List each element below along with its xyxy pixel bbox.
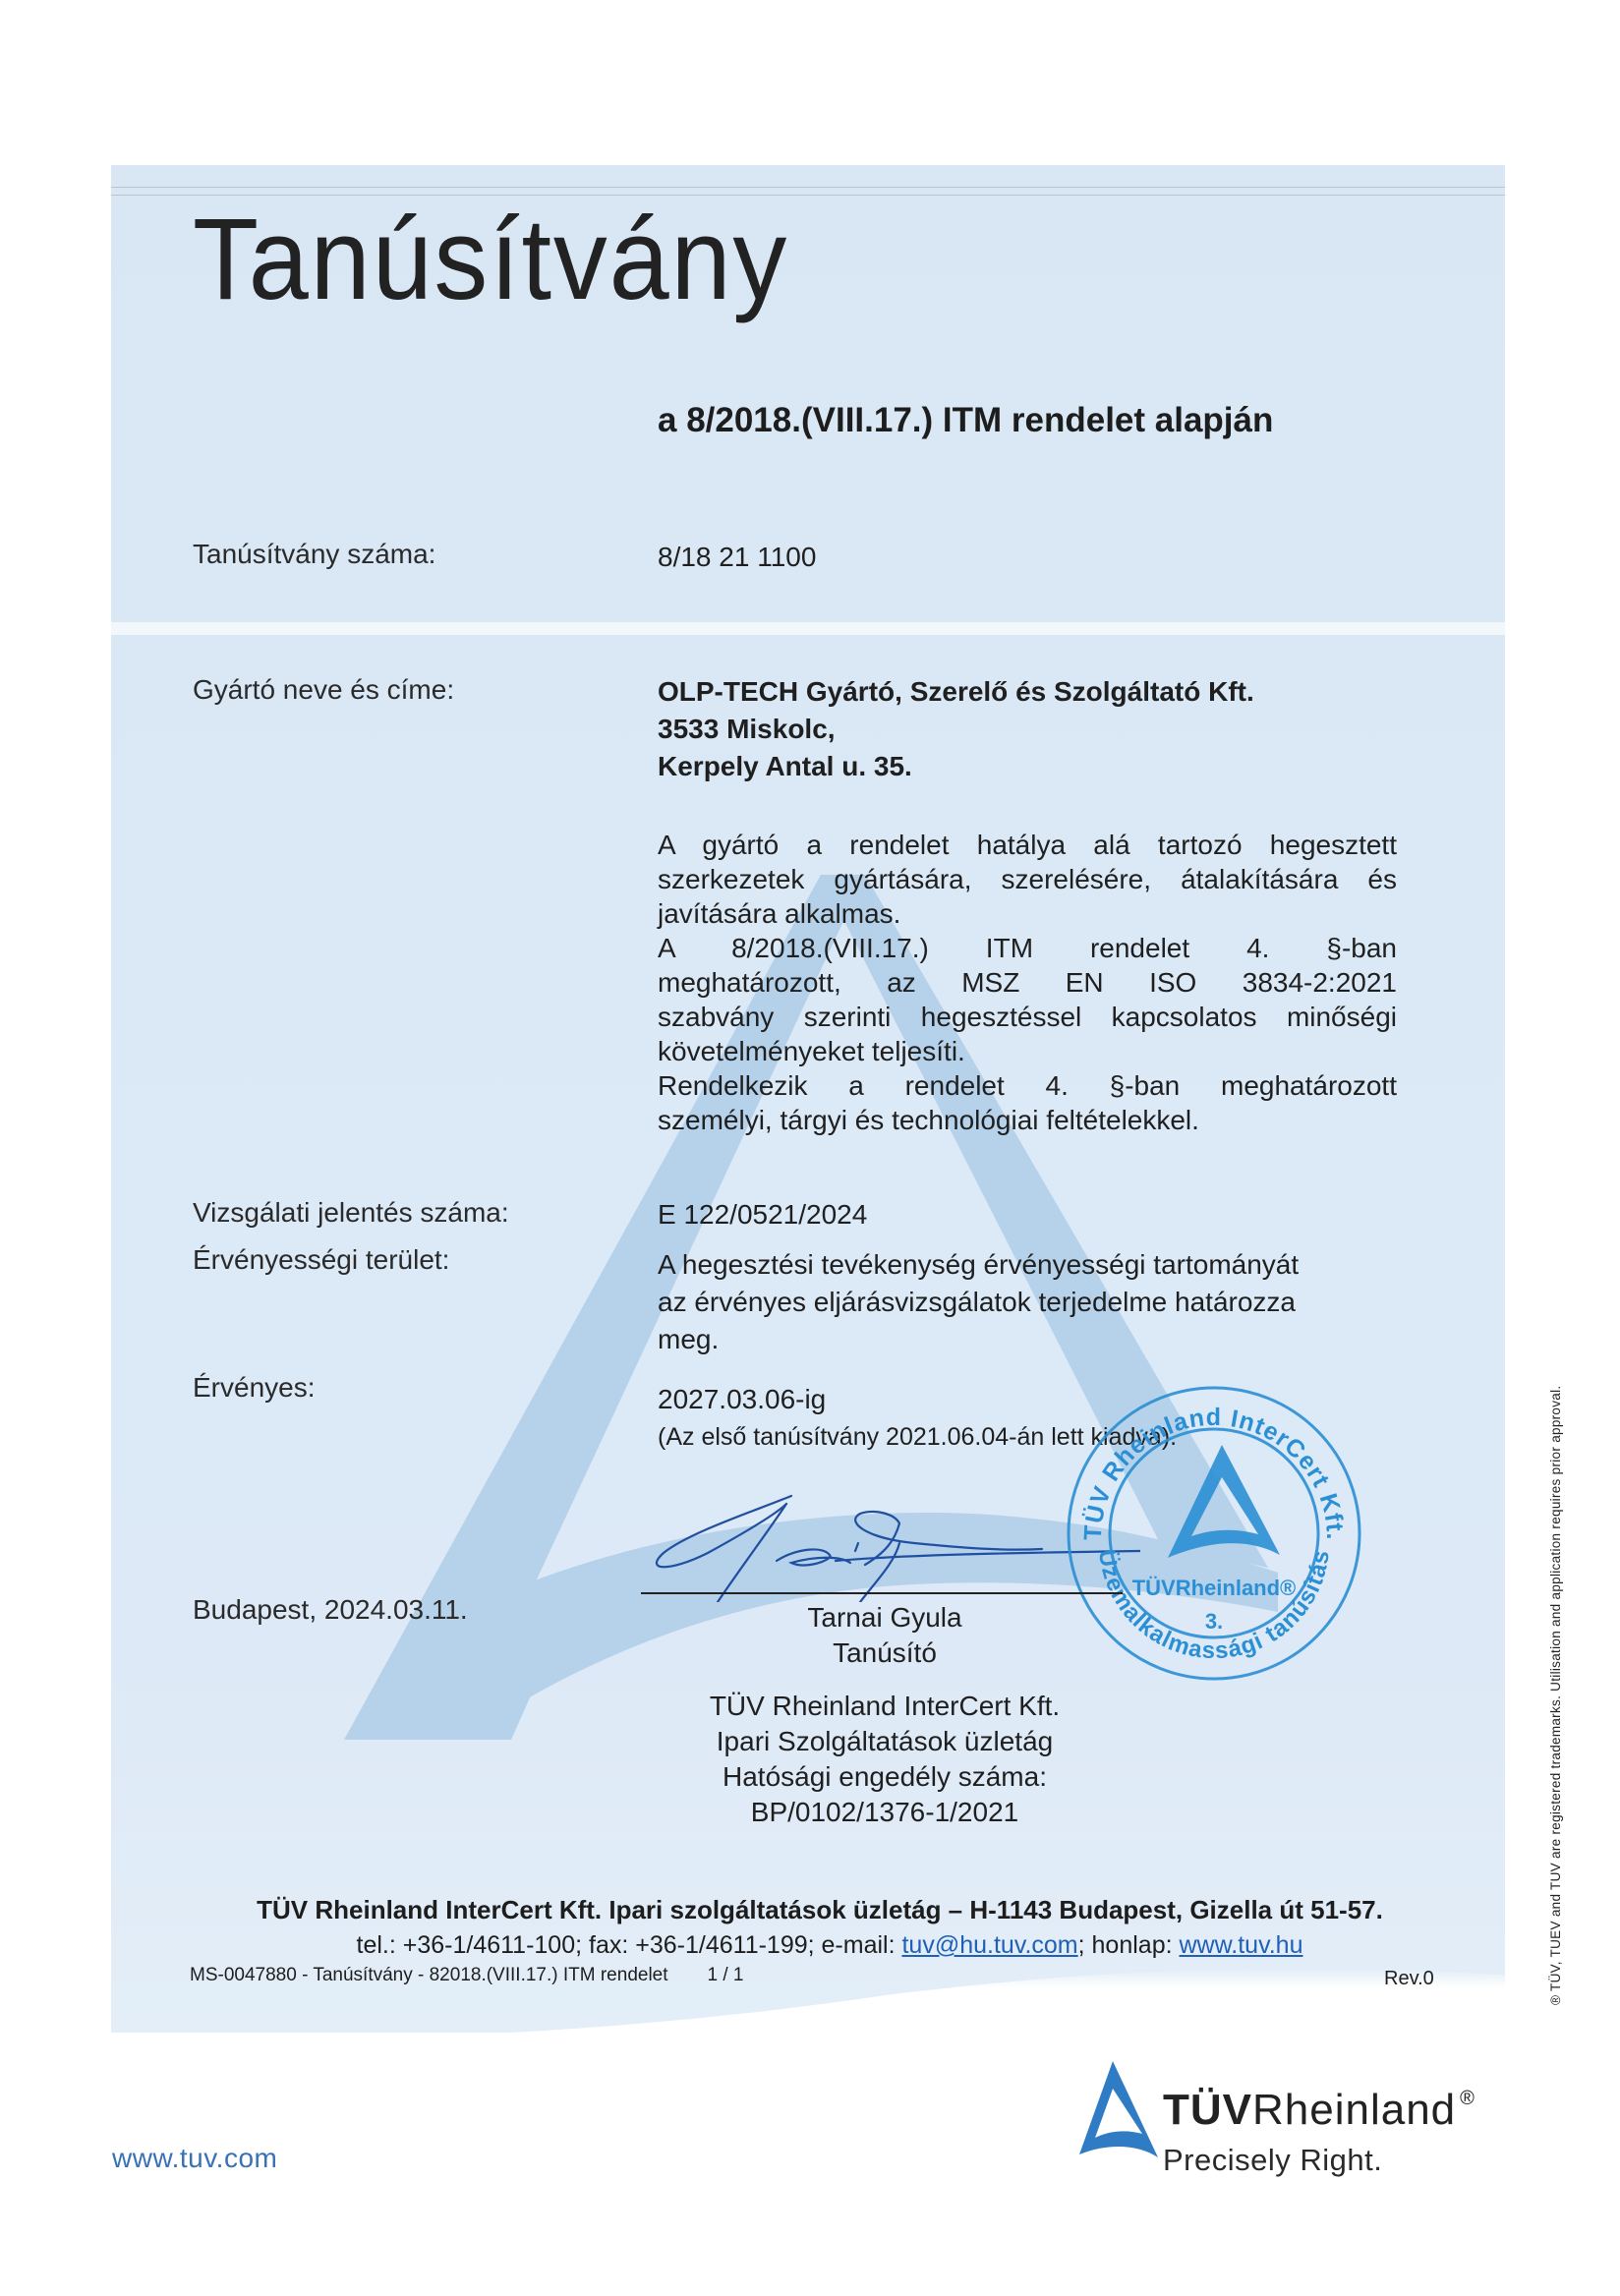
manufacturer-street: Kerpely Antal u. 35.: [658, 751, 912, 782]
scope-line: az érvényes eljárásvizsgálatok terjedelm…: [658, 1284, 1299, 1321]
certificate-number-label: Tanúsítvány száma:: [193, 539, 435, 570]
statement-line: meghatározott, az MSZ EN ISO 3834-2:2021: [658, 965, 1397, 1000]
valid-until: 2027.03.06-ig: [658, 1384, 826, 1415]
footer-contact: tel.: +36-1/4611-100; fax: +36-1/4611-19…: [0, 1931, 1620, 1960]
issuer-license-label: Hatósági engedély száma:: [590, 1759, 1180, 1795]
signer-role: Tanúsító: [688, 1636, 1081, 1671]
doc-ref: MS-0047880 - Tanúsítvány - 82018.(VIII.1…: [190, 1965, 668, 1985]
validity-label: Érvényes:: [193, 1372, 316, 1404]
footer-contact-text: ; honlap:: [1078, 1931, 1180, 1959]
document-reference: MS-0047880 - Tanúsítvány - 82018.(VIII.1…: [190, 1965, 744, 1986]
statement-line: szabvány szerinti hegesztéssel kapcsolat…: [658, 1000, 1397, 1034]
test-report-label: Vizsgálati jelentés száma:: [193, 1197, 509, 1229]
issuer-division: Ipari Szolgáltatások üzletág: [590, 1724, 1180, 1759]
tuv-website-link[interactable]: www.tuv.com: [112, 2143, 277, 2174]
test-report-value: E 122/0521/2024: [658, 1199, 867, 1231]
scope-label: Érvényességi terület:: [193, 1244, 449, 1276]
official-stamp: TÜV Rheinland InterCert Kft. Üzemalkalma…: [1062, 1381, 1366, 1686]
tuv-tagline: Precisely Right.: [1163, 2143, 1382, 2178]
place-and-date: Budapest, 2024.03.11.: [193, 1594, 468, 1626]
svg-text:Üzemalkalmassági tanúsítás: Üzemalkalmassági tanúsítás: [1093, 1548, 1335, 1664]
footer-contact-text: tel.: +36-1/4611-100; fax: +36-1/4611-19…: [357, 1931, 902, 1959]
page-title: Tanúsítvány: [193, 201, 788, 317]
statement-line: Rendelkezik a rendelet 4. §-ban meghatár…: [658, 1068, 1397, 1103]
svg-text:3.: 3.: [1205, 1609, 1223, 1634]
scope-line: A hegesztési tevékenység érvényességi ta…: [658, 1246, 1299, 1284]
revision: Rev.0: [1384, 1968, 1434, 1990]
signer-block: Tarnai Gyula Tanúsító: [688, 1600, 1081, 1671]
email-link[interactable]: tuv@hu.tuv.com: [901, 1931, 1077, 1959]
manufacturer-city: 3533 Miskolc,: [658, 714, 836, 745]
statement-line: A gyártó a rendelet hatálya alá tartozó …: [658, 828, 1397, 862]
issuer-block: TÜV Rheinland InterCert Kft. Ipari Szolg…: [590, 1689, 1180, 1830]
statement-line: követelményeket teljesíti.: [658, 1034, 1397, 1068]
signer-name: Tarnai Gyula: [688, 1600, 1081, 1636]
issuer-company: TÜV Rheinland InterCert Kft.: [590, 1689, 1180, 1724]
certification-statement: A gyártó a rendelet hatálya alá tartozó …: [658, 828, 1397, 1137]
scope-text: A hegesztési tevékenység érvényességi ta…: [658, 1246, 1299, 1358]
manufacturer-label: Gyártó neve és címe:: [193, 674, 454, 706]
page-indicator: 1 / 1: [708, 1965, 744, 1985]
certificate-number-value: 8/18 21 1100: [658, 542, 816, 573]
section-separator: [111, 622, 1505, 635]
svg-text:TÜVRheinland®: TÜVRheinland®: [1132, 1576, 1297, 1600]
regulation-subtitle: a 8/2018.(VIII.17.) ITM rendelet alapján: [658, 401, 1273, 440]
trademark-note: ® TÜV, TUEV and TUV are registered trade…: [1548, 1386, 1563, 2005]
manufacturer-name: OLP-TECH Gyártó, Szerelő és Szolgáltató …: [658, 676, 1254, 708]
footer-address: TÜV Rheinland InterCert Kft. Ipari szolg…: [0, 1895, 1620, 1925]
signature-line: [641, 1592, 1123, 1594]
statement-line: javítására alkalmas.: [658, 896, 1397, 931]
website-link[interactable]: www.tuv.hu: [1180, 1931, 1303, 1959]
scope-line: meg.: [658, 1321, 1299, 1358]
top-rule: [111, 187, 1505, 188]
statement-line: A 8/2018.(VIII.17.) ITM rendelet 4. §-ba…: [658, 931, 1397, 965]
statement-line: személyi, tárgyi és technológiai feltéte…: [658, 1103, 1397, 1137]
statement-line: szerkezetek gyártására, szerelésére, áta…: [658, 862, 1397, 896]
issuer-license-number: BP/0102/1376-1/2021: [590, 1795, 1180, 1830]
tuv-logo-wordmark: TÜVRheinland®: [1163, 2086, 1475, 2135]
